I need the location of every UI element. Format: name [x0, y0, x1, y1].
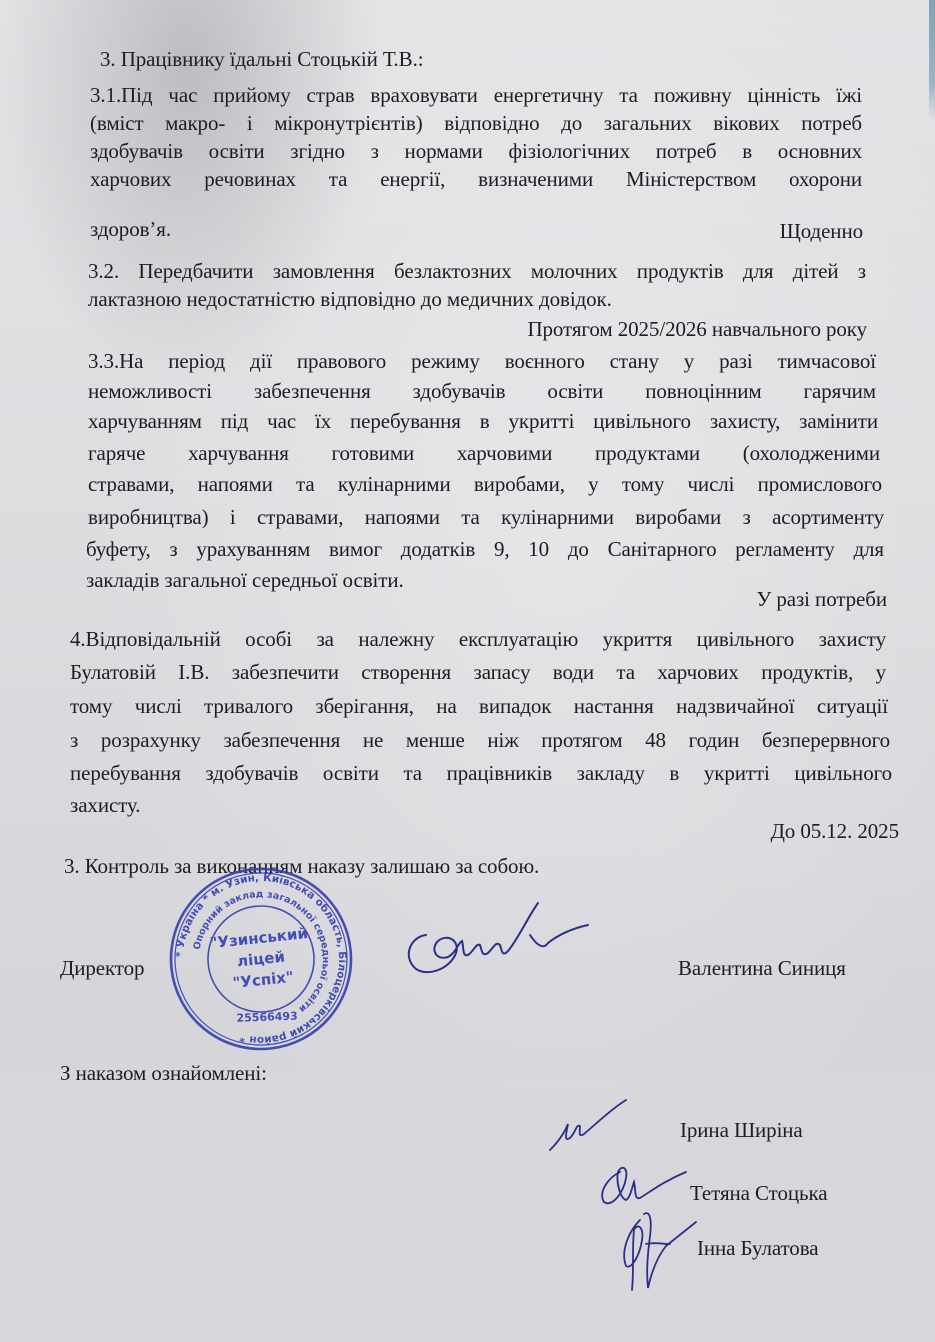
item-3-3-line: стравами, напоями та кулінарними виробам… — [88, 471, 882, 497]
director-name: Валентина Синиця — [678, 955, 846, 981]
document-page: 3. Працівнику їдальні Стоцькій Т.В.: 3.1… — [0, 0, 935, 1342]
item-3-3-line: гаряче харчування готовими харчовими про… — [88, 440, 880, 466]
item-3-2-deadline: Протягом 2025/2026 навчального року — [527, 316, 867, 342]
official-stamp: * Україна * м. Узин, Київська область, Б… — [159, 857, 363, 1061]
item-3-1-line: 3.1.Під час прийому страв враховувати ен… — [90, 82, 862, 108]
item-3-3-line: виробництва) і стравами, напоями та кулі… — [88, 504, 884, 530]
item-3-1-deadline: Щоденно — [780, 218, 863, 244]
item-3-3-line: 3.3.На період дії правового режиму воєнн… — [88, 348, 876, 374]
item-3-1-line: (вміст макро- і мікронутрієнтів) відпові… — [90, 110, 862, 136]
signature-icon — [398, 895, 598, 985]
background-edge — [929, 0, 935, 120]
item-3-2-line: 3.2. Передбачити замовлення безлактозних… — [88, 258, 866, 284]
item-3-1-line: харчових речовинах та енергії, визначени… — [90, 166, 862, 192]
item-3-1-line: здобувачів освіти згідно з нормами фізіо… — [90, 138, 862, 164]
acknowledged-name: Ірина Ширіна — [680, 1117, 803, 1143]
item-3-3-line: неможливості забезпечення здобувачів осв… — [88, 378, 876, 404]
item-4-line: тому числі тривалого зберігання, на випа… — [70, 693, 888, 719]
acknowledged-name: Тетяна Стоцька — [690, 1180, 827, 1206]
item-4-line: захисту. — [70, 792, 140, 818]
acknowledged-signature — [540, 1098, 630, 1158]
director-title: Директор — [60, 955, 144, 981]
item-3-1-line: здоров’я. — [90, 216, 171, 242]
item-4-line: 4.Відповідальній особі за належну експлу… — [70, 626, 886, 652]
item-3-2-line: лактазною недостатністю відповідно до ме… — [88, 286, 612, 312]
item-3-3-deadline: У разі потреби — [756, 586, 887, 612]
item-3-3-line: буфету, з урахуванням вимог додатків 9, … — [86, 536, 884, 562]
item-4-line: перебування здобувачів освіти та працівн… — [70, 760, 892, 786]
item-4-line: з розрахунку забезпечення не менше ніж п… — [70, 727, 890, 753]
acknowledged-signature — [610, 1200, 700, 1300]
section-3-heading: 3. Працівнику їдальні Стоцькій Т.В.: — [100, 46, 423, 72]
director-signature — [398, 895, 598, 985]
acknowledged-label: З наказом ознайомлені: — [60, 1060, 267, 1086]
signature-icon — [610, 1200, 700, 1300]
signature-icon — [540, 1098, 630, 1158]
item-3-3-line: закладів загальної середньої освіти. — [86, 567, 404, 593]
item-4-line: Булатовій І.В. забезпечити створення зап… — [70, 659, 886, 685]
item-3-3-line: харчуванням під час їх перебування в укр… — [88, 408, 878, 434]
acknowledged-name: Інна Булатова — [697, 1235, 818, 1261]
item-4-deadline: До 05.12. 2025 — [771, 818, 899, 844]
